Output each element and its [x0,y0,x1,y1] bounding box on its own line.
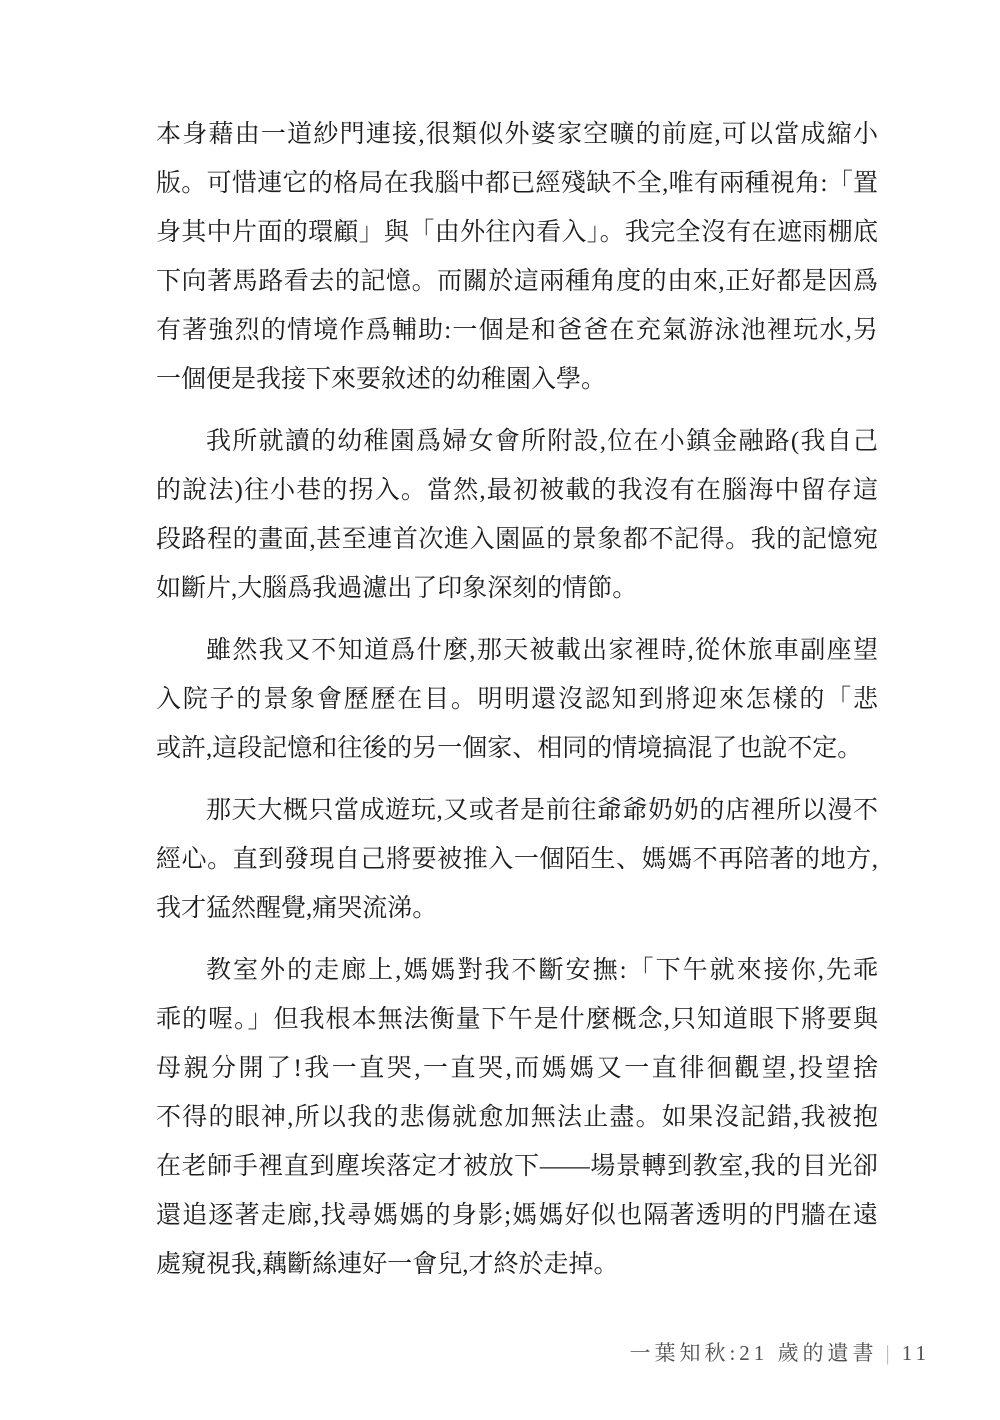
text-line: 雖然我又不知道爲什麼,那天被載出家裡時,從休旅車副座望 [156,626,878,675]
text-line: 經心。直到發現自己將要被推入一個陌生、媽媽不再陪著的地方, [156,835,878,884]
text-line: 一個便是我接下來要敘述的幼稚園入學。 [156,355,878,404]
text-line: 版。可惜連它的格局在我腦中都已經殘缺不全,唯有兩種視角:「置 [156,159,878,208]
text-line: 乖的喔。」但我根本無法衡量下午是什麼概念,只知道眼下將要與 [156,995,878,1044]
page-text: 本身藉由一道紗門連接,很類似外婆家空曠的前庭,可以當成縮小版。可惜連它的格局在我… [156,110,878,1289]
text-line: 還追逐著走廊,找尋媽媽的身影;媽媽好似也隔著透明的門牆在遠 [156,1191,878,1240]
text-line: 在老師手裡直到塵埃落定才被放下——場景轉到教室,我的目光卻 [156,1142,878,1191]
footer-separator: | [886,1341,894,1365]
footer-page-number: 11 [902,1341,930,1365]
book-page: 本身藉由一道紗門連接,很類似外婆家空曠的前庭,可以當成縮小版。可惜連它的格局在我… [0,0,1000,1420]
text-line: 有著強烈的情境作爲輔助:一個是和爸爸在充氣游泳池裡玩水,另 [156,306,878,355]
paragraph: 本身藉由一道紗門連接,很類似外婆家空曠的前庭,可以當成縮小版。可惜連它的格局在我… [156,110,878,404]
text-line: 我所就讀的幼稚園爲婦女會所附設,位在小鎮金融路(我自己 [156,417,878,466]
paragraph: 那天大概只當成遊玩,又或者是前往爺爺奶奶的店裡所以漫不經心。直到發現自己將要被推… [156,786,878,933]
text-line: 教室外的走廊上,媽媽對我不斷安撫:「下午就來接你,先乖 [156,946,878,995]
paragraph: 我所就讀的幼稚園爲婦女會所附設,位在小鎮金融路(我自己的說法)往小巷的拐入。當然… [156,417,878,613]
text-line: 身其中片面的環顧」與「由外往內看入」。我完全沒有在遮雨棚底 [156,208,878,257]
text-line: 段路程的畫面,甚至連首次進入園區的景象都不記得。我的記憶宛 [156,515,878,564]
text-line: 或許,這段記憶和往後的另一個家、相同的情境搞混了也說不定。 [156,724,878,773]
text-line: 本身藉由一道紗門連接,很類似外婆家空曠的前庭,可以當成縮小 [156,110,878,159]
text-line: 母親分開了!我一直哭,一直哭,而媽媽又一直徘徊觀望,投望捨 [156,1044,878,1093]
text-line: 我才猛然醒覺,痛哭流涕。 [156,884,878,933]
paragraph: 雖然我又不知道爲什麼,那天被載出家裡時,從休旅車副座望入院子的景象會歷歷在目。明… [156,626,878,773]
text-line: 入院子的景象會歷歷在目。明明還沒認知到將迎來怎樣的「悲劇」。 [156,675,878,724]
text-line: 處窺視我,藕斷絲連好一會兒,才終於走掉。 [156,1240,878,1289]
text-line: 的說法)往小巷的拐入。當然,最初被載的我沒有在腦海中留存這 [156,466,878,515]
footer-book-title: 一葉知秋:21 歲的遺書 [629,1341,877,1365]
paragraph: 教室外的走廊上,媽媽對我不斷安撫:「下午就來接你,先乖乖的喔。」但我根本無法衡量… [156,946,878,1289]
page-footer: 一葉知秋:21 歲的遺書|11 [629,1337,930,1367]
text-line: 下向著馬路看去的記憶。而關於這兩種角度的由來,正好都是因爲 [156,257,878,306]
text-line: 那天大概只當成遊玩,又或者是前往爺爺奶奶的店裡所以漫不 [156,786,878,835]
text-line: 如斷片,大腦爲我過濾出了印象深刻的情節。 [156,564,878,613]
text-line: 不得的眼神,所以我的悲傷就愈加無法止盡。如果沒記錯,我被抱 [156,1093,878,1142]
